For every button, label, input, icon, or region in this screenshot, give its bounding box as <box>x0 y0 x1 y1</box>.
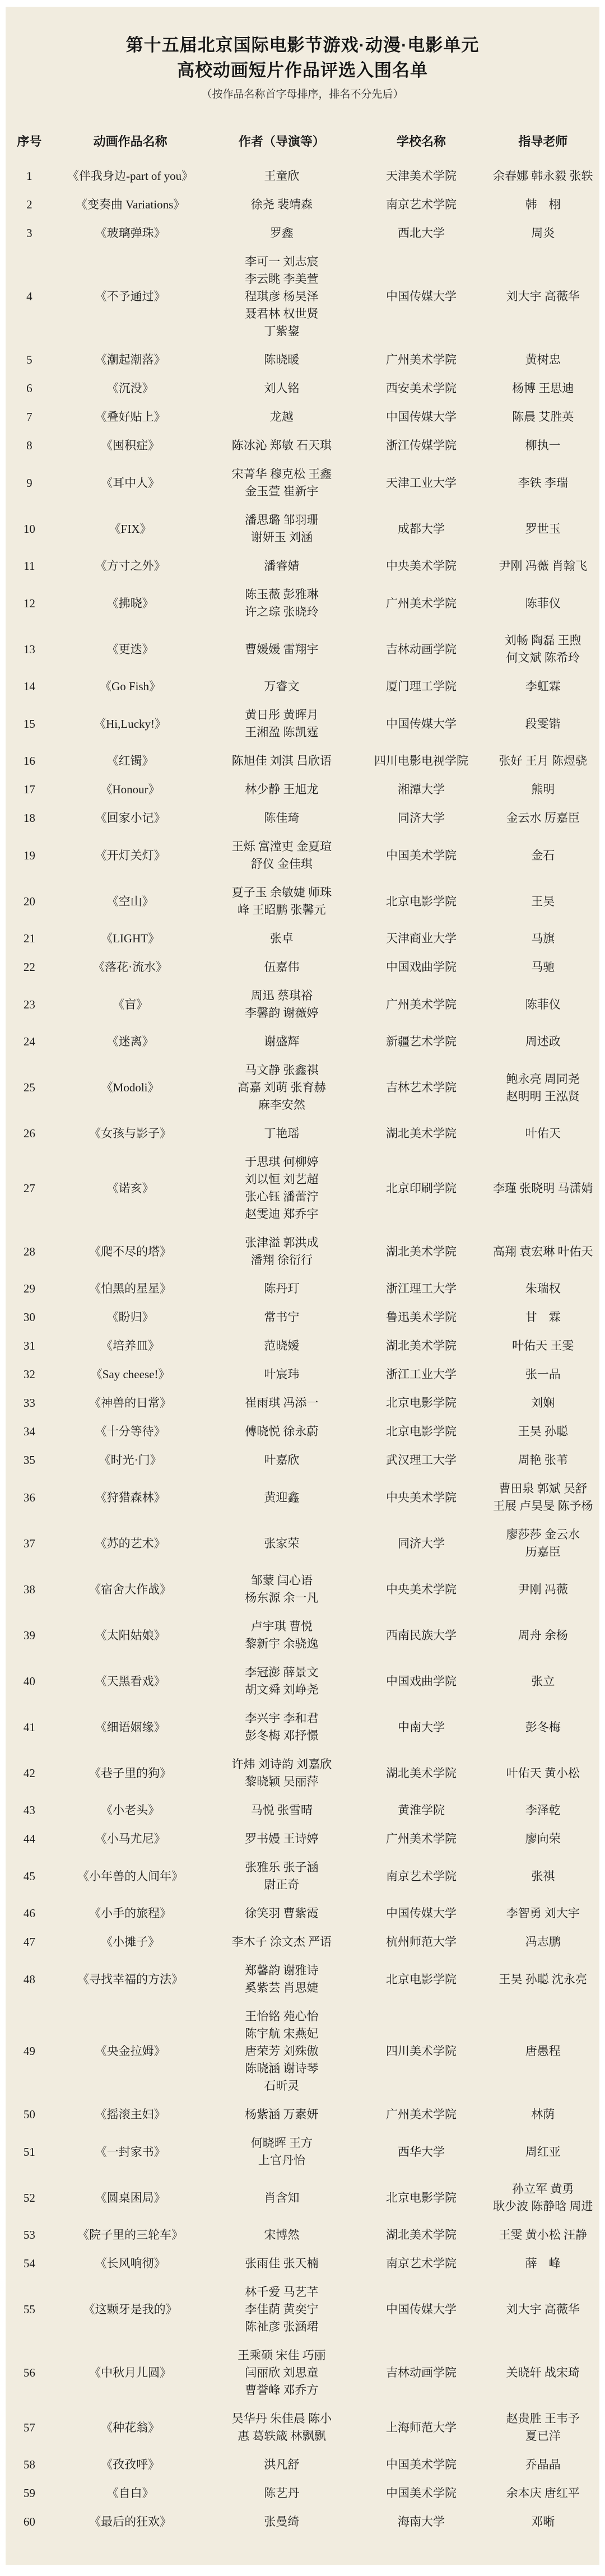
row-number: 13 <box>6 626 53 672</box>
advisors: 王昊 孙聪 沈永亮 <box>487 1956 599 2002</box>
authors: 何晓晖 王方上官丹怡 <box>207 2129 356 2175</box>
advisors: 韩 栩 <box>487 190 599 219</box>
work-title: 《小马尤尼》 <box>53 1825 208 1853</box>
school: 北京电影学院 <box>356 878 486 924</box>
table-row: 17《Honour》林少静 王旭龙湘潭大学熊明 <box>6 775 599 804</box>
work-title: 《伴我身边-part of you》 <box>53 162 208 190</box>
row-number: 49 <box>6 2002 53 2100</box>
row-number: 19 <box>6 833 53 878</box>
row-number: 35 <box>6 1446 53 1475</box>
advisors: 陈菲仪 <box>487 982 599 1027</box>
page-title-line2: 高校动画短片作品评选入围名单 <box>6 58 599 83</box>
advisors: 李瑾 张晓明 马潇婧 <box>487 1148 599 1229</box>
school: 广州美术学院 <box>356 2100 486 2129</box>
authors: 万睿文 <box>207 672 356 701</box>
row-number: 29 <box>6 1275 53 1303</box>
table-header-row: 序号 动画作品名称 作者（导演等） 学校名称 指导老师 <box>6 129 599 162</box>
work-title: 《盲》 <box>53 982 208 1027</box>
table-row: 43《小老头》马悦 张雪晴黄淮学院李泽乾 <box>6 1796 599 1825</box>
row-number: 30 <box>6 1303 53 1332</box>
row-number: 14 <box>6 672 53 701</box>
table-row: 2《变奏曲 Variations》徐尧 裴靖森南京艺术学院韩 栩 <box>6 190 599 219</box>
work-title: 《更迭》 <box>53 626 208 672</box>
work-title: 《Say cheese!》 <box>53 1360 208 1389</box>
school: 北京电影学院 <box>356 1417 486 1446</box>
row-number: 42 <box>6 1750 53 1796</box>
row-number: 3 <box>6 219 53 248</box>
advisors: 甘 霖 <box>487 1303 599 1332</box>
work-title: 《自白》 <box>53 2479 208 2508</box>
row-number: 59 <box>6 2479 53 2508</box>
advisors: 乔晶晶 <box>487 2451 599 2479</box>
row-number: 57 <box>6 2405 53 2451</box>
school: 中国传媒大学 <box>356 1899 486 1928</box>
work-title: 《小摊子》 <box>53 1928 208 1956</box>
row-number: 22 <box>6 953 53 982</box>
advisors: 王昊 孙聪 <box>487 1417 599 1446</box>
authors: 徐尧 裴靖森 <box>207 190 356 219</box>
advisors: 曹田泉 郭斌 吴舒王展 卢昊旻 陈予杨 <box>487 1475 599 1521</box>
school: 吉林艺术学院 <box>356 1056 486 1119</box>
school: 成都大学 <box>356 506 486 552</box>
advisors: 张一品 <box>487 1360 599 1389</box>
row-number: 41 <box>6 1704 53 1750</box>
row-number: 12 <box>6 580 53 626</box>
advisors: 马旗 <box>487 924 599 953</box>
school: 湖北美术学院 <box>356 2221 486 2249</box>
table-row: 22《落花·流水》伍嘉伟中国戏曲学院马驰 <box>6 953 599 982</box>
table-row: 49《央金拉姆》王怡铭 苑心怡陈宇航 宋燕妃唐荣芳 刘殊傲陈晓涵 谢诗琴石昕灵四… <box>6 2002 599 2100</box>
advisors: 杨博 王思迪 <box>487 374 599 403</box>
school: 广州美术学院 <box>356 1825 486 1853</box>
table-row: 29《怕黑的星星》陈丹玎浙江理工大学朱瑞权 <box>6 1275 599 1303</box>
row-number: 26 <box>6 1119 53 1148</box>
work-title: 《寻找幸福的方法》 <box>53 1956 208 2002</box>
school: 浙江传媒学院 <box>356 431 486 460</box>
school: 同济大学 <box>356 1521 486 1566</box>
row-number: 48 <box>6 1956 53 2002</box>
row-number: 4 <box>6 248 53 346</box>
row-number: 37 <box>6 1521 53 1566</box>
work-title: 《种花翁》 <box>53 2405 208 2451</box>
authors: 曹媛媛 雷翔宇 <box>207 626 356 672</box>
work-title: 《红镯》 <box>53 747 208 775</box>
school: 西安美术学院 <box>356 374 486 403</box>
advisors: 熊明 <box>487 775 599 804</box>
table-row: 54《长风响彻》张雨佳 张天楠南京艺术学院薛 峰 <box>6 2249 599 2278</box>
row-number: 47 <box>6 1928 53 1956</box>
school: 中央美术学院 <box>356 1566 486 1612</box>
table-row: 34《十分等待》傅晓悦 徐永蔚北京电影学院王昊 孙聪 <box>6 1417 599 1446</box>
school: 西北大学 <box>356 219 486 248</box>
row-number: 51 <box>6 2129 53 2175</box>
table-row: 15《Hi,Lucky!》黄日彤 黄晖月王湘盈 陈凯霆中国传媒大学段雯锴 <box>6 701 599 747</box>
advisors: 赵贵胜 王韦予夏已洋 <box>487 2405 599 2451</box>
table-row: 12《拂晓》陈玉薇 彭雅琳许之琮 张晓玲广州美术学院陈菲仪 <box>6 580 599 626</box>
header-work-title: 动画作品名称 <box>53 129 208 162</box>
advisors: 柳执一 <box>487 431 599 460</box>
school: 同济大学 <box>356 804 486 833</box>
authors: 肖含知 <box>207 2175 356 2221</box>
row-number: 9 <box>6 460 53 506</box>
advisors: 刘大宇 高薇华 <box>487 2278 599 2341</box>
advisors: 周炎 <box>487 219 599 248</box>
table-row: 57《种花翁》吴华丹 朱佳晨 陈小惠 葛轶箴 林飘飘上海师范大学赵贵胜 王韦予夏… <box>6 2405 599 2451</box>
work-title: 《一封家书》 <box>53 2129 208 2175</box>
table-row: 58《孜孜呼》洪凡舒中国美术学院乔晶晶 <box>6 2451 599 2479</box>
table-row: 19《开灯关灯》王烁 富漟吏 金夏瑄舒仪 金佳琪中国美术学院金石 <box>6 833 599 878</box>
work-title: 《十分等待》 <box>53 1417 208 1446</box>
table-row: 60《最后的狂欢》张曼绮海南大学邓晰 <box>6 2508 599 2536</box>
row-number: 10 <box>6 506 53 552</box>
school: 湘潭大学 <box>356 775 486 804</box>
work-title: 《小年兽的人间年》 <box>53 1853 208 1899</box>
work-title: 《拂晓》 <box>53 580 208 626</box>
authors: 陈冰沁 郑敏 石天琪 <box>207 431 356 460</box>
work-title: 《沉没》 <box>53 374 208 403</box>
advisors: 王昊 <box>487 878 599 924</box>
school: 湖北美术学院 <box>356 1229 486 1275</box>
work-title: 《院子里的三轮车》 <box>53 2221 208 2249</box>
table-row: 53《院子里的三轮车》宋博然湖北美术学院王雯 黄小松 汪静 <box>6 2221 599 2249</box>
table-row: 48《寻找幸福的方法》郑馨韵 谢雅诗奚紫芸 肖思婕北京电影学院王昊 孙聪 沈永亮 <box>6 1956 599 2002</box>
row-number: 23 <box>6 982 53 1027</box>
header-no: 序号 <box>6 129 53 162</box>
table-row: 16《红镯》陈旭佳 刘淇 吕欣语四川电影电视学院张好 王月 陈煜骁 <box>6 747 599 775</box>
school: 湖北美术学院 <box>356 1750 486 1796</box>
table-row: 26《女孩与影子》丁艳瑶湖北美术学院叶佑天 <box>6 1119 599 1148</box>
table-row: 59《自白》陈艺丹中国美术学院余本庆 唐红平 <box>6 2479 599 2508</box>
work-title: 《央金拉姆》 <box>53 2002 208 2100</box>
work-title: 《怕黑的星星》 <box>53 1275 208 1303</box>
row-number: 1 <box>6 162 53 190</box>
works-table-body: 1《伴我身边-part of you》王童欣天津美术学院余春娜 韩永毅 张轶2《… <box>6 162 599 2536</box>
work-title: 《最后的狂欢》 <box>53 2508 208 2536</box>
school: 北京电影学院 <box>356 1956 486 2002</box>
table-row: 7《叠好贴上》龙越中国传媒大学陈晨 艾胜英 <box>6 403 599 431</box>
work-title: 《玻璃弹珠》 <box>53 219 208 248</box>
advisors: 林荫 <box>487 2100 599 2129</box>
school: 西华大学 <box>356 2129 486 2175</box>
authors: 陈丹玎 <box>207 1275 356 1303</box>
table-row: 52《圆桌困局》肖含知北京电影学院孙立军 黄勇耿少波 陈静晗 周进 <box>6 2175 599 2221</box>
table-row: 44《小马尤尼》罗书嫚 王诗婷广州美术学院廖向荣 <box>6 1825 599 1853</box>
work-title: 《摇滚主妇》 <box>53 2100 208 2129</box>
row-number: 58 <box>6 2451 53 2479</box>
advisors: 余本庆 唐红平 <box>487 2479 599 2508</box>
advisors: 李泽乾 <box>487 1796 599 1825</box>
advisors: 叶佑天 王雯 <box>487 1332 599 1360</box>
row-number: 55 <box>6 2278 53 2341</box>
advisors: 段雯锴 <box>487 701 599 747</box>
table-row: 38《宿舍大作战》邹蒙 闫心语杨东源 余一凡中央美术学院尹刚 冯薇 <box>6 1566 599 1612</box>
school: 鲁迅美术学院 <box>356 1303 486 1332</box>
advisors: 周红亚 <box>487 2129 599 2175</box>
table-row: 5《潮起潮落》陈晓暖广州美术学院黄树忠 <box>6 346 599 374</box>
row-number: 16 <box>6 747 53 775</box>
advisors: 刘畅 陶磊 王煦何文斌 陈希玲 <box>487 626 599 672</box>
advisors: 孙立军 黄勇耿少波 陈静晗 周进 <box>487 2175 599 2221</box>
work-title: 《女孩与影子》 <box>53 1119 208 1148</box>
row-number: 46 <box>6 1899 53 1928</box>
row-number: 40 <box>6 1658 53 1704</box>
works-table: 序号 动画作品名称 作者（导演等） 学校名称 指导老师 1《伴我身边-part … <box>6 129 599 2536</box>
table-row: 23《盲》周迅 蔡琪裕李馨韵 谢薇婷广州美术学院陈菲仪 <box>6 982 599 1027</box>
work-title: 《细语姻缘》 <box>53 1704 208 1750</box>
advisors: 王雯 黄小松 汪静 <box>487 2221 599 2249</box>
school: 中央美术学院 <box>356 552 486 580</box>
table-row: 35《时光·门》叶嘉欣武汉理工大学周艳 张苇 <box>6 1446 599 1475</box>
work-title: 《中秋月儿圆》 <box>53 2341 208 2405</box>
row-number: 20 <box>6 878 53 924</box>
school: 南京艺术学院 <box>356 1853 486 1899</box>
authors: 陈晓暖 <box>207 346 356 374</box>
row-number: 17 <box>6 775 53 804</box>
work-title: 《叠好贴上》 <box>53 403 208 431</box>
work-title: 《空山》 <box>53 878 208 924</box>
school: 西南民族大学 <box>356 1612 486 1658</box>
authors: 王乘硕 宋佳 巧丽闫丽欣 刘思童曹誉峰 邓乔方 <box>207 2341 356 2405</box>
authors: 罗书嫚 王诗婷 <box>207 1825 356 1853</box>
authors: 林千爱 马艺芊李佳荫 黄奕宁陈祉彦 张涵珺 <box>207 2278 356 2341</box>
work-title: 《变奏曲 Variations》 <box>53 190 208 219</box>
school: 中国传媒大学 <box>356 403 486 431</box>
row-number: 54 <box>6 2249 53 2278</box>
authors: 马悦 张雪晴 <box>207 1796 356 1825</box>
school: 北京印刷学院 <box>356 1148 486 1229</box>
work-title: 《圆桌困局》 <box>53 2175 208 2221</box>
row-number: 6 <box>6 374 53 403</box>
table-row: 18《回家小记》陈佳琦同济大学金云水 厉嘉臣 <box>6 804 599 833</box>
advisors: 廖向荣 <box>487 1825 599 1853</box>
authors: 郑馨韵 谢雅诗奚紫芸 肖思婕 <box>207 1956 356 2002</box>
authors: 刘人铭 <box>207 374 356 403</box>
work-title: 《诺亥》 <box>53 1148 208 1229</box>
row-number: 43 <box>6 1796 53 1825</box>
authors: 周迅 蔡琪裕李馨韵 谢薇婷 <box>207 982 356 1027</box>
work-title: 《小手的旅程》 <box>53 1899 208 1928</box>
authors: 王童欣 <box>207 162 356 190</box>
work-title: 《不予通过》 <box>53 248 208 346</box>
authors: 范晓嫒 <box>207 1332 356 1360</box>
table-row: 47《小摊子》李木子 涂文杰 严语杭州师范大学冯志鹏 <box>6 1928 599 1956</box>
advisors: 尹刚 冯薇 肖翰飞 <box>487 552 599 580</box>
table-row: 3《玻璃弹珠》罗鑫西北大学周炎 <box>6 219 599 248</box>
row-number: 32 <box>6 1360 53 1389</box>
school: 浙江工业大学 <box>356 1360 486 1389</box>
school: 中国美术学院 <box>356 2451 486 2479</box>
work-title: 《盼归》 <box>53 1303 208 1332</box>
row-number: 25 <box>6 1056 53 1119</box>
advisors: 刘大宇 高薇华 <box>487 248 599 346</box>
authors: 龙越 <box>207 403 356 431</box>
work-title: 《Honour》 <box>53 775 208 804</box>
row-number: 5 <box>6 346 53 374</box>
row-number: 15 <box>6 701 53 747</box>
row-number: 24 <box>6 1027 53 1056</box>
table-row: 30《盼归》常书宁鲁迅美术学院甘 霖 <box>6 1303 599 1332</box>
authors: 李冠澎 薛景文胡文舜 刘峥尧 <box>207 1658 356 1704</box>
school: 吉林动画学院 <box>356 2341 486 2405</box>
authors: 陈艺丹 <box>207 2479 356 2508</box>
advisors: 冯志鹏 <box>487 1928 599 1956</box>
table-row: 37《苏的艺术》张家荣同济大学廖莎莎 金云水历嘉臣 <box>6 1521 599 1566</box>
sorting-note: （按作品名称首字母排序，排名不分先后） <box>6 85 599 104</box>
authors: 黄日彤 黄晖月王湘盈 陈凯霆 <box>207 701 356 747</box>
school: 四川美术学院 <box>356 2002 486 2100</box>
document-page: 第十五届北京国际电影节游戏·动漫·电影单元 高校动画短片作品评选入围名单 （按作… <box>0 0 605 2576</box>
authors: 徐笑羽 曹紫霞 <box>207 1899 356 1928</box>
table-row: 6《沉没》刘人铭西安美术学院杨博 王思迪 <box>6 374 599 403</box>
advisors: 彭冬梅 <box>487 1704 599 1750</box>
authors: 张雅乐 张子涵尉正奇 <box>207 1853 356 1899</box>
authors: 叶宸玮 <box>207 1360 356 1389</box>
advisors: 金石 <box>487 833 599 878</box>
work-title: 《这颗牙是我的》 <box>53 2278 208 2341</box>
school: 天津商业大学 <box>356 924 486 953</box>
work-title: 《Go Fish》 <box>53 672 208 701</box>
work-title: 《苏的艺术》 <box>53 1521 208 1566</box>
school: 新疆艺术学院 <box>356 1027 486 1056</box>
table-row: 8《囤积症》陈冰沁 郑敏 石天琪浙江传媒学院柳执一 <box>6 431 599 460</box>
table-row: 25《Modoli》马文静 张鑫祺高嘉 刘萌 张育赫麻李安然吉林艺术学院鲍永亮 … <box>6 1056 599 1119</box>
advisors: 邓晰 <box>487 2508 599 2536</box>
advisors: 朱瑞权 <box>487 1275 599 1303</box>
school: 中国传媒大学 <box>356 248 486 346</box>
school: 海南大学 <box>356 2508 486 2536</box>
work-title: 《LIGHT》 <box>53 924 208 953</box>
school: 黄淮学院 <box>356 1796 486 1825</box>
work-title: 《培养皿》 <box>53 1332 208 1360</box>
row-number: 31 <box>6 1332 53 1360</box>
authors: 吴华丹 朱佳晨 陈小惠 葛轶箴 林飘飘 <box>207 2405 356 2451</box>
work-title: 《FIX》 <box>53 506 208 552</box>
table-row: 33《神兽的日常》崔雨琪 冯添一北京电影学院刘娴 <box>6 1389 599 1417</box>
authors: 张雨佳 张天楠 <box>207 2249 356 2278</box>
school: 中国戏曲学院 <box>356 953 486 982</box>
school: 湖北美术学院 <box>356 1119 486 1148</box>
advisors: 陈菲仪 <box>487 580 599 626</box>
school: 中央美术学院 <box>356 1475 486 1521</box>
authors: 常书宁 <box>207 1303 356 1332</box>
authors: 罗鑫 <box>207 219 356 248</box>
row-number: 34 <box>6 1417 53 1446</box>
table-row: 39《太阳姑娘》卢宇琪 曹悦黎新宇 余骁逸西南民族大学周舟 余杨 <box>6 1612 599 1658</box>
table-row: 10《FIX》潘思璐 邹羽珊谢妍玉 刘涵成都大学罗世玉 <box>6 506 599 552</box>
school: 南京艺术学院 <box>356 190 486 219</box>
work-title: 《潮起潮落》 <box>53 346 208 374</box>
row-number: 56 <box>6 2341 53 2405</box>
school: 上海师范大学 <box>356 2405 486 2451</box>
authors: 杨紫涵 万素妍 <box>207 2100 356 2129</box>
authors: 卢宇琪 曹悦黎新宇 余骁逸 <box>207 1612 356 1658</box>
advisors: 鲍永亮 周同尧赵明明 王泓贤 <box>487 1056 599 1119</box>
table-row: 1《伴我身边-part of you》王童欣天津美术学院余春娜 韩永毅 张轶 <box>6 162 599 190</box>
school: 中国美术学院 <box>356 2479 486 2508</box>
school: 天津美术学院 <box>356 162 486 190</box>
row-number: 44 <box>6 1825 53 1853</box>
authors: 叶嘉欣 <box>207 1446 356 1475</box>
advisors: 刘娴 <box>487 1389 599 1417</box>
advisors: 李虹霖 <box>487 672 599 701</box>
authors: 张津溢 郭洪成潘翔 徐衍行 <box>207 1229 356 1275</box>
authors: 谢盛辉 <box>207 1027 356 1056</box>
table-row: 42《巷子里的狗》许炜 刘诗韵 刘嘉欣黎晓颖 吴丽萍湖北美术学院叶佑天 黄小松 <box>6 1750 599 1796</box>
row-number: 27 <box>6 1148 53 1229</box>
advisors: 金云水 厉嘉臣 <box>487 804 599 833</box>
school: 浙江理工大学 <box>356 1275 486 1303</box>
table-row: 9《耳中人》宋菁华 穆克松 王鑫金玉萱 崔新宇天津工业大学李铁 李瑞 <box>6 460 599 506</box>
header-advisors: 指导老师 <box>487 129 599 162</box>
row-number: 8 <box>6 431 53 460</box>
work-title: 《Modoli》 <box>53 1056 208 1119</box>
advisors: 余春娜 韩永毅 张轶 <box>487 162 599 190</box>
work-title: 《时光·门》 <box>53 1446 208 1475</box>
work-title: 《太阳姑娘》 <box>53 1612 208 1658</box>
table-row: 4《不予通过》李可一 刘志宸李云眺 李美萱程琪彦 杨昊泽聂君林 权世贤丁紫鋆中国… <box>6 248 599 346</box>
table-row: 20《空山》夏子玉 余敏婕 师珠峰 王昭鹏 张馨元北京电影学院王昊 <box>6 878 599 924</box>
advisors: 尹刚 冯薇 <box>487 1566 599 1612</box>
row-number: 28 <box>6 1229 53 1275</box>
school: 北京电影学院 <box>356 2175 486 2221</box>
advisors: 黄树忠 <box>487 346 599 374</box>
table-row: 21《LIGHT》张卓天津商业大学马旗 <box>6 924 599 953</box>
table-row: 46《小手的旅程》徐笑羽 曹紫霞中国传媒大学李智勇 刘大宇 <box>6 1899 599 1928</box>
table-row: 55《这颗牙是我的》林千爱 马艺芊李佳荫 黄奕宁陈祉彦 张涵珺中国传媒大学刘大宇… <box>6 2278 599 2341</box>
school: 湖北美术学院 <box>356 1332 486 1360</box>
table-row: 13《更迭》曹媛媛 雷翔宇吉林动画学院刘畅 陶磊 王煦何文斌 陈希玲 <box>6 626 599 672</box>
authors: 宋博然 <box>207 2221 356 2249</box>
authors: 丁艳瑶 <box>207 1119 356 1148</box>
row-number: 36 <box>6 1475 53 1521</box>
authors: 潘睿婧 <box>207 552 356 580</box>
table-row: 27《诺亥》于思琪 何柳婷刘以恒 刘艺超张心钰 潘蕾泞赵雯迪 郑乔宇北京印刷学院… <box>6 1148 599 1229</box>
school: 中南大学 <box>356 1704 486 1750</box>
row-number: 50 <box>6 2100 53 2129</box>
table-row: 41《细语姻缘》李兴宇 李和君彭冬梅 邓抒憬中南大学彭冬梅 <box>6 1704 599 1750</box>
advisors: 叶佑天 <box>487 1119 599 1148</box>
advisors: 叶佑天 黄小松 <box>487 1750 599 1796</box>
table-row: 45《小年兽的人间年》张雅乐 张子涵尉正奇南京艺术学院张祺 <box>6 1853 599 1899</box>
work-title: 《耳中人》 <box>53 460 208 506</box>
advisors: 李智勇 刘大宇 <box>487 1899 599 1928</box>
authors: 夏子玉 余敏婕 师珠峰 王昭鹏 张馨元 <box>207 878 356 924</box>
work-title: 《Hi,Lucky!》 <box>53 701 208 747</box>
advisors: 廖莎莎 金云水历嘉臣 <box>487 1521 599 1566</box>
row-number: 7 <box>6 403 53 431</box>
advisors: 马驰 <box>487 953 599 982</box>
work-title: 《囤积症》 <box>53 431 208 460</box>
work-title: 《巷子里的狗》 <box>53 1750 208 1796</box>
list-panel: 第十五届北京国际电影节游戏·动漫·电影单元 高校动画短片作品评选入围名单 （按作… <box>6 7 599 2565</box>
authors: 洪凡舒 <box>207 2451 356 2479</box>
row-number: 33 <box>6 1389 53 1417</box>
authors: 傅晓悦 徐永蔚 <box>207 1417 356 1446</box>
work-title: 《小老头》 <box>53 1796 208 1825</box>
authors: 宋菁华 穆克松 王鑫金玉萱 崔新宇 <box>207 460 356 506</box>
page-title-line1: 第十五届北京国际电影节游戏·动漫·电影单元 <box>6 32 599 58</box>
header-authors: 作者（导演等） <box>207 129 356 162</box>
authors: 李可一 刘志宸李云眺 李美萱程琪彦 杨昊泽聂君林 权世贤丁紫鋆 <box>207 248 356 346</box>
row-number: 39 <box>6 1612 53 1658</box>
table-row: 28《爬不尽的塔》张津溢 郭洪成潘翔 徐衍行湖北美术学院高翔 袁宏琳 叶佑天 <box>6 1229 599 1275</box>
authors: 黄迎鑫 <box>207 1475 356 1521</box>
school: 厦门理工学院 <box>356 672 486 701</box>
authors: 王烁 富漟吏 金夏瑄舒仪 金佳琪 <box>207 833 356 878</box>
row-number: 45 <box>6 1853 53 1899</box>
school: 天津工业大学 <box>356 460 486 506</box>
header-school: 学校名称 <box>356 129 486 162</box>
